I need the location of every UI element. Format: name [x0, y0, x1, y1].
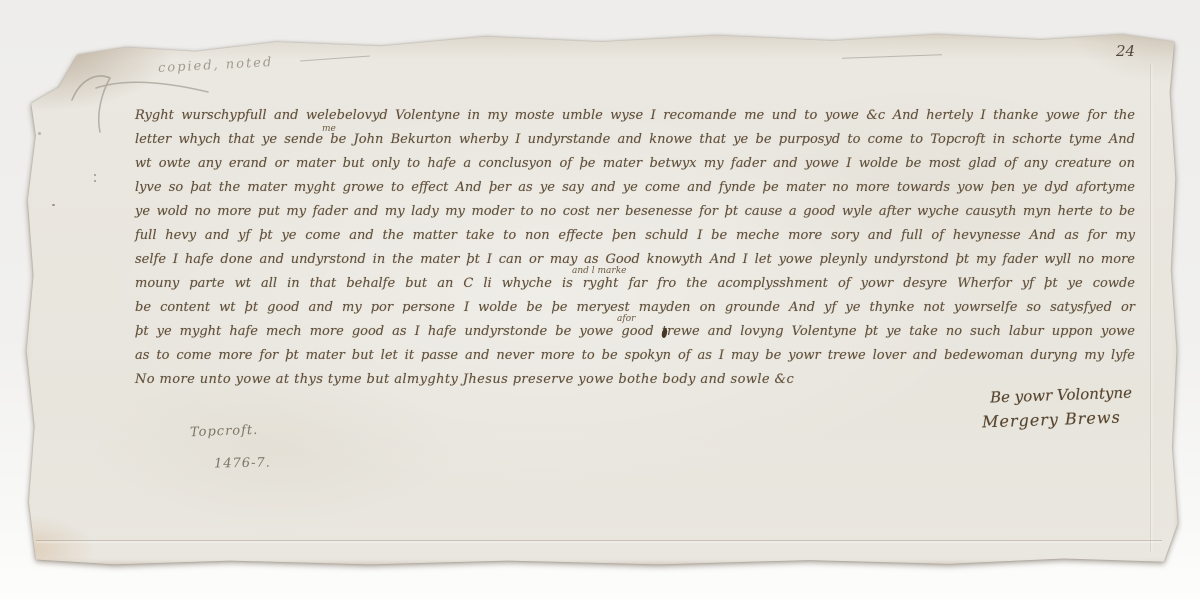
- ink-speck: [52, 204, 55, 206]
- ink-speck: [38, 132, 41, 135]
- letter-line: wt owte any erand or mater but only to h…: [135, 152, 1135, 176]
- pencil-corner-number: 93.: [70, 44, 95, 55]
- letter-line: No more unto yowe at thys tyme but almyg…: [135, 368, 794, 392]
- interlineation: me: [322, 124, 336, 134]
- letter-line: lyve so þat the mater myght growe to eff…: [135, 176, 1135, 200]
- interlineation: afor: [617, 314, 635, 324]
- pencil-stroke: [300, 56, 370, 62]
- manuscript-photo: 24 93. copied, noted Ryght wurschypfull …: [0, 0, 1200, 599]
- ink-speck: [94, 174, 96, 176]
- date-annotation: 1476-7.: [214, 456, 271, 472]
- letter-line: selfe I hafe done and undyrstond in the …: [135, 248, 1135, 272]
- interlineation: and l marke: [572, 266, 627, 276]
- letter-paper: 24 93. copied, noted Ryght wurschypfull …: [22, 28, 1180, 566]
- letter-line: ye wold no more put my fader and my lady…: [135, 200, 1135, 224]
- signature-name: Mergery Brews: [982, 408, 1121, 432]
- fold-crease-horizontal: [36, 540, 1162, 541]
- paper-shadow: 24 93. copied, noted Ryght wurschypfull …: [22, 28, 1180, 566]
- letter-line: full hevy and yf þt ye come and the matt…: [135, 224, 1135, 248]
- place-annotation: Topcroft.: [190, 423, 259, 440]
- letter-line: letter whych that ye sende be John Bekur…: [135, 128, 1135, 152]
- letter-line: as to come more for þt mater but let it …: [135, 344, 1135, 368]
- fold-crease-vertical: [1150, 64, 1151, 552]
- folio-number: 24: [1116, 42, 1135, 60]
- letter-line: Ryght wurschypfull and welebelovyd Volen…: [135, 104, 1135, 128]
- letter-line: mouny parte wt all in that behalfe but a…: [135, 272, 1135, 296]
- pencil-stroke: [842, 54, 942, 58]
- ink-speck: [94, 180, 96, 182]
- signature-valediction: Be yowr Volontyne: [990, 384, 1133, 407]
